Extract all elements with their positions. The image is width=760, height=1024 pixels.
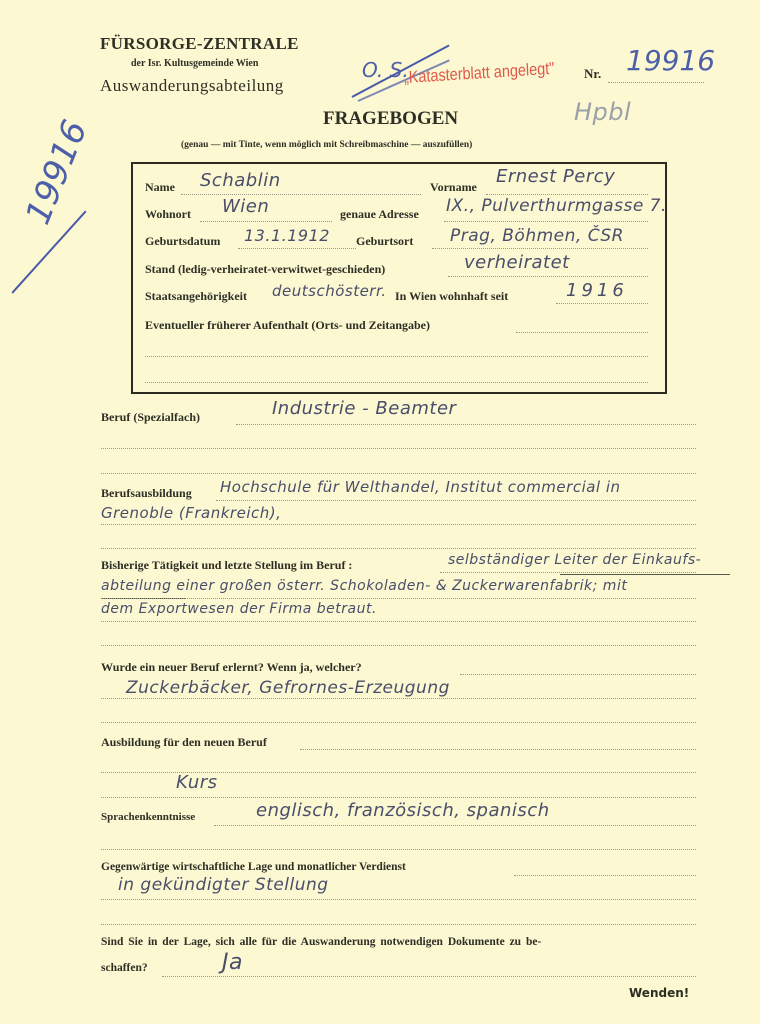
- taetigkeit-value-line3: dem Exportwesen der Firma betraut.: [101, 601, 377, 617]
- staat-label: Staatsangehörigkeit: [145, 289, 247, 304]
- aufenthalt-field-line3[interactable]: [145, 382, 648, 383]
- neue-ausbildung-field[interactable]: [300, 749, 696, 750]
- aufenthalt-field-line2[interactable]: [145, 356, 648, 357]
- adresse-label: genaue Adresse: [340, 207, 419, 222]
- dokumente-value: Ja: [222, 950, 243, 975]
- stand-field[interactable]: [448, 276, 648, 277]
- taetigkeit-field[interactable]: [440, 572, 696, 573]
- dokumente-label-line2: schaffen?: [101, 962, 148, 974]
- lage-field-line3[interactable]: [101, 924, 696, 925]
- lage-field[interactable]: [514, 875, 696, 876]
- dokumente-field[interactable]: [162, 976, 696, 977]
- ausbildung-field-line2[interactable]: [101, 524, 696, 525]
- neue-ausbildung-label: Ausbildung für den neuen Beruf: [101, 735, 267, 750]
- sprachen-label: Sprachenkenntnisse: [101, 811, 195, 823]
- neuer-beruf-label: Wurde ein neuer Beruf erlernt? Wenn ja, …: [101, 660, 362, 675]
- adresse-value: IX., Pulverthurmgasse 7.: [446, 196, 667, 216]
- geburtsdatum-value: 13.1.1912: [244, 226, 330, 245]
- taetigkeit-value-line1: selbständiger Leiter der Einkaufs-: [448, 552, 701, 568]
- org-name: FÜRSORGE-ZENTRALE: [100, 34, 299, 54]
- form-title: FRAGEBOGEN: [323, 108, 458, 130]
- wohnort-label: Wohnort: [145, 207, 191, 222]
- sprachen-field[interactable]: [214, 825, 696, 826]
- name-field[interactable]: [181, 194, 421, 195]
- taetigkeit-value-line2: abteilung einer großen österr. Schokolad…: [101, 578, 627, 594]
- geburtsdatum-label: Geburtsdatum: [145, 234, 220, 249]
- lage-label: Gegenwärtige wirtschaftliche Lage und mo…: [101, 861, 406, 873]
- vorname-field[interactable]: [486, 194, 648, 195]
- ausbildung-value-line1: Hochschule für Welthandel, Institut comm…: [220, 478, 621, 496]
- wohnhaft-field[interactable]: [556, 303, 648, 304]
- staat-value[interactable]: deutschösterr.: [272, 282, 387, 300]
- neue-ausbildung-field-line3[interactable]: [101, 797, 696, 798]
- neuer-beruf-field-line3[interactable]: [101, 722, 696, 723]
- wohnort-value: Wien: [222, 196, 269, 217]
- taetigkeit-label: Bisherige Tätigkeit und letzte Stellung …: [101, 558, 352, 573]
- lage-value: in gekündigter Stellung: [118, 875, 329, 895]
- geburtsort-label: Geburtsort: [356, 234, 413, 249]
- geburtsort-field[interactable]: [432, 248, 648, 249]
- nr-label: Nr.: [584, 66, 601, 82]
- lage-field-line2[interactable]: [101, 899, 696, 900]
- name-label: Name: [145, 180, 175, 195]
- neue-ausbildung-value: Kurs: [176, 772, 218, 793]
- beruf-value: Industrie - Beamter: [272, 398, 456, 419]
- sprachen-field-line2[interactable]: [101, 849, 696, 850]
- signature: Hpbl: [574, 98, 631, 126]
- adresse-field[interactable]: [444, 221, 648, 222]
- wohnhaft-value: 1916: [566, 280, 628, 301]
- aufenthalt-field[interactable]: [516, 332, 648, 333]
- geburtsort-value: Prag, Böhmen, ČSR: [450, 226, 624, 246]
- neuer-beruf-field[interactable]: [460, 674, 696, 675]
- beruf-label: Beruf (Spezialfach): [101, 410, 200, 425]
- org-subline: der Isr. Kultusgemeinde Wien: [131, 58, 258, 69]
- wohnort-field[interactable]: [200, 221, 332, 222]
- neuer-beruf-field-line2[interactable]: [101, 698, 696, 699]
- ausbildung-field-line3[interactable]: [101, 548, 696, 549]
- stand-value: verheiratet: [464, 252, 570, 273]
- vorname-value: Ernest Percy: [496, 166, 615, 187]
- nr-value[interactable]: 19916: [626, 44, 715, 77]
- sprachen-value: englisch, französisch, spanisch: [256, 800, 550, 821]
- stand-label: Stand (ledig-verheiratet-verwitwet-gesch…: [145, 262, 385, 277]
- vorname-label: Vorname: [430, 180, 477, 195]
- neuer-beruf-value: Zuckerbäcker, Gefrornes-Erzeugung: [126, 678, 450, 698]
- dokumente-label: Sind Sie in der Lage, sich alle für die …: [101, 936, 541, 948]
- taetigkeit-field-line4[interactable]: [101, 645, 696, 646]
- geburtsdatum-field[interactable]: [238, 248, 356, 249]
- kataster-stamp: „Katasterblatt angelegt": [404, 59, 555, 88]
- aufenthalt-label: Eventueller früherer Aufenthalt (Orts- u…: [145, 318, 430, 333]
- form-subtitle: (genau — mit Tinte, wenn möglich mit Sch…: [181, 140, 472, 150]
- ausbildung-field[interactable]: [216, 500, 696, 501]
- taetigkeit-field-line2[interactable]: [101, 598, 696, 599]
- beruf-field-line2[interactable]: [101, 448, 696, 449]
- nr-line: [608, 82, 704, 83]
- wenden-note: Wenden!: [629, 986, 689, 1000]
- underline-mark: [560, 574, 730, 575]
- beruf-field-line3[interactable]: [101, 473, 696, 474]
- ausbildung-label: Berufsausbildung: [101, 486, 192, 501]
- org-department: Auswanderungsabteilung: [100, 76, 284, 96]
- name-value: Schablin: [200, 170, 281, 191]
- taetigkeit-field-line3[interactable]: [101, 621, 696, 622]
- wohnhaft-label: In Wien wohnhaft seit: [395, 289, 508, 304]
- beruf-field[interactable]: [236, 424, 696, 425]
- ausbildung-value-line2: Grenoble (Frankreich),: [101, 504, 281, 522]
